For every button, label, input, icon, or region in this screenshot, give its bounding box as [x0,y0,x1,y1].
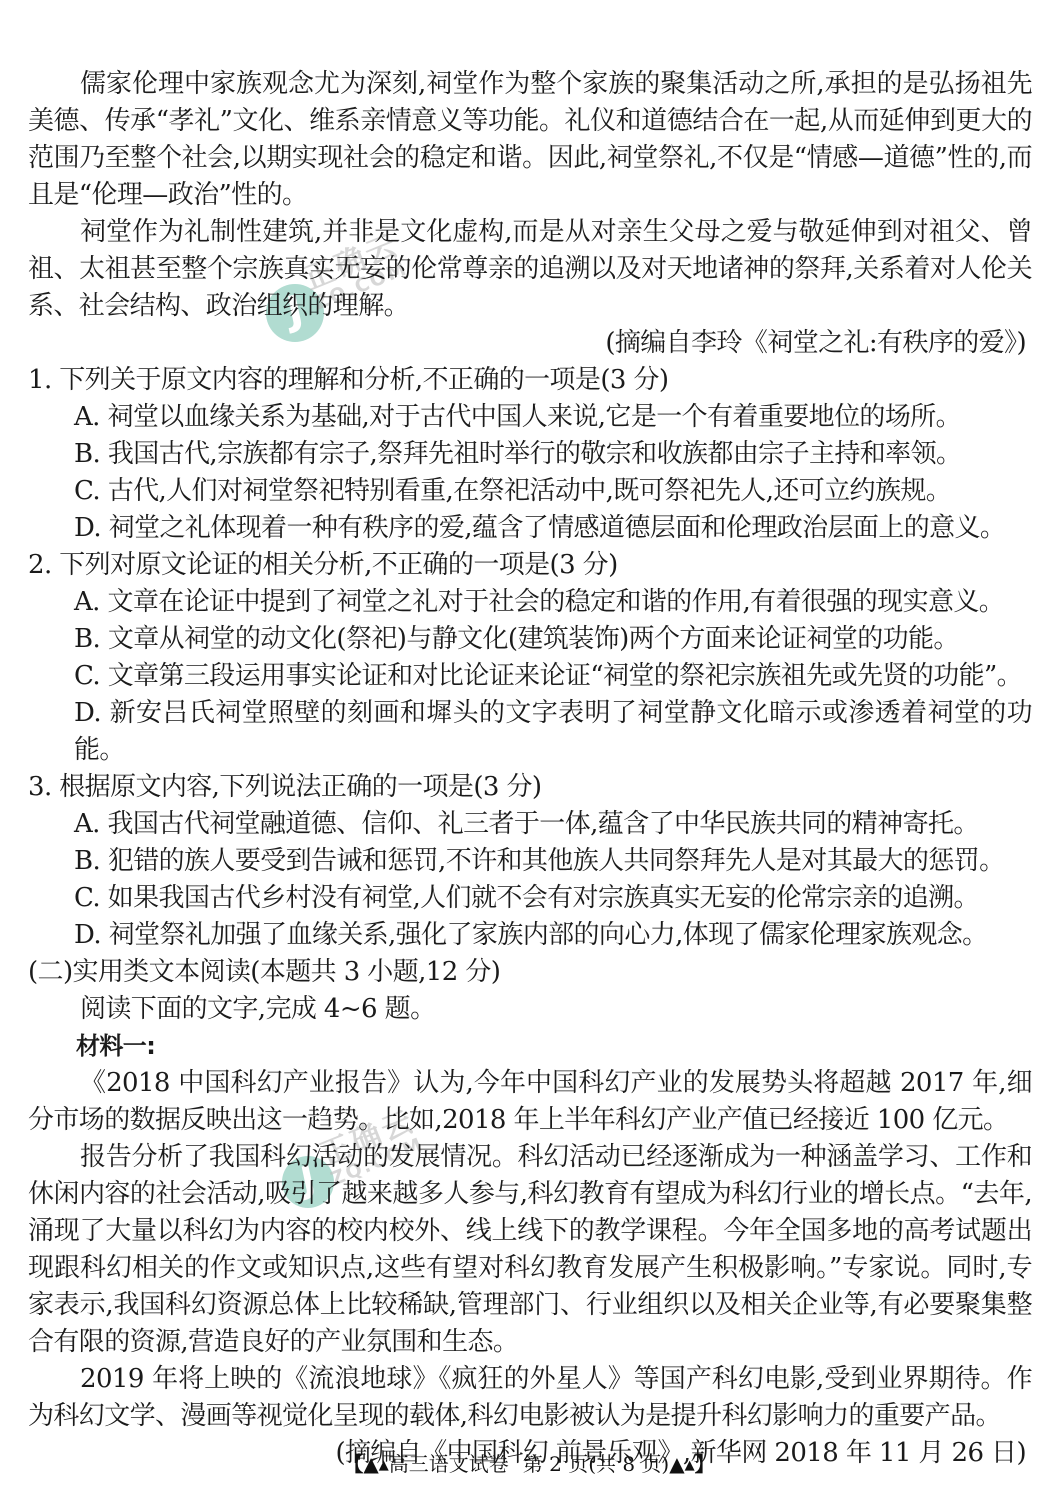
question-2-option-d: D. 新安吕氏祠堂照壁的刻画和墀头的文字表明了祠堂静文化暗示或渗透着祠堂的功能。 [28,695,1032,769]
footer-right-bracket: 】 [695,1452,715,1476]
question-2-option-c: C. 文章第三段运用事实论证和对比论证来论证“祠堂的祭祀宗族祖先或先贤的功能”。 [28,658,1032,695]
section-2-heading: (二)实用类文本阅读(本题共 3 小题,12 分) [28,954,1032,991]
triangle-logo-icon: ▲ [685,1458,695,1473]
question-1-option-c: C. 古代,人们对祠堂祭祀特别看重,在祭祀活动中,既可祭祀先人,还可立约族规。 [28,473,1032,510]
passage-paragraph: 祠堂作为礼制性建筑,并非是文化虚构,而是从对亲生父母之爱与敬延伸到对祖父、曾祖、… [28,214,1032,325]
footer-left-bracket: 【 [343,1452,363,1476]
triangle-logo-icon: ▲ [363,1452,378,1476]
page-content: 儒家伦理中家族观念尤为深刻,祠堂作为整个家族的聚集活动之所,承担的是弘扬祖先美德… [0,0,1058,1472]
page-footer: 【▲▲高三语文试卷第 2 页(共 8 页)▲▲】 [0,1448,1058,1477]
question-1-stem: 1. 下列关于原文内容的理解和分析,不正确的一项是(3 分) [28,362,1032,399]
triangle-logo-icon: ▲ [379,1458,389,1473]
question-3-option-a: A. 我国古代祠堂融道德、信仰、礼三者于一体,蕴含了中华民族共同的精神寄托。 [28,806,1032,843]
material-paragraph: 2019 年将上映的《流浪地球》《疯狂的外星人》等国产科幻电影,受到业界期待。作… [28,1361,1032,1435]
material-paragraph: 报告分析了我国科幻活动的发展情况。科幻活动已经逐渐成为一种涵盖学习、工作和休闲内… [28,1139,1032,1361]
question-1-option-b: B. 我国古代,宗族都有宗子,祭拜先祖时举行的敬宗和收族都由宗子主持和率领。 [28,436,1032,473]
question-3-option-b: B. 犯错的族人要受到告诫和惩罚,不许和其他族人共同祭拜先人是对其最大的惩罚。 [28,843,1032,880]
question-1-option-a: A. 祠堂以血缘关系为基础,对于古代中国人来说,它是一个有着重要地位的场所。 [28,399,1032,436]
material-paragraph: 《2018 中国科幻产业报告》认为,今年中国科幻产业的发展势头将超越 2017 … [28,1065,1032,1139]
question-3-stem: 3. 根据原文内容,下列说法正确的一项是(3 分) [28,769,1032,806]
passage-paragraph: 儒家伦理中家族观念尤为深刻,祠堂作为整个家族的聚集活动之所,承担的是弘扬祖先美德… [28,66,1032,214]
triangle-logo-icon: ▲ [669,1452,684,1476]
question-2-option-a: A. 文章在论证中提到了祠堂之礼对于社会的稳定和谐的作用,有着很强的现实意义。 [28,584,1032,621]
question-3-option-d: D. 祠堂祭礼加强了血缘关系,强化了家族内部的向心力,体现了儒家伦理家族观念。 [28,917,1032,954]
question-1-option-d: D. 祠堂之礼体现着一种有秩序的爱,蕴含了情感道德层面和伦理政治层面上的意义。 [28,510,1032,547]
reading-instruction: 阅读下面的文字,完成 4~6 题。 [28,991,1032,1028]
question-2-stem: 2. 下列对原文论证的相关分析,不正确的一项是(3 分) [28,547,1032,584]
footer-page-number: 第 2 页(共 8 页) [523,1452,669,1476]
footer-exam-label: 高三语文试卷 [389,1452,509,1476]
exam-paper-page: J 正确云 ZQ.COM J 正确云 ZQ.COM 儒家伦理中家族观念尤为深刻,… [0,0,1058,1497]
question-3-option-c: C. 如果我国古代乡村没有祠堂,人们就不会有对宗族真实无妄的伦常宗亲的追溯。 [28,880,1032,917]
material-1-label: 材料一: [28,1028,1032,1065]
source-attribution: (摘编自李玲《祠堂之礼:有秩序的爱》) [28,325,1032,362]
question-2-option-b: B. 文章从祠堂的动文化(祭祀)与静文化(建筑装饰)两个方面来论证祠堂的功能。 [28,621,1032,658]
